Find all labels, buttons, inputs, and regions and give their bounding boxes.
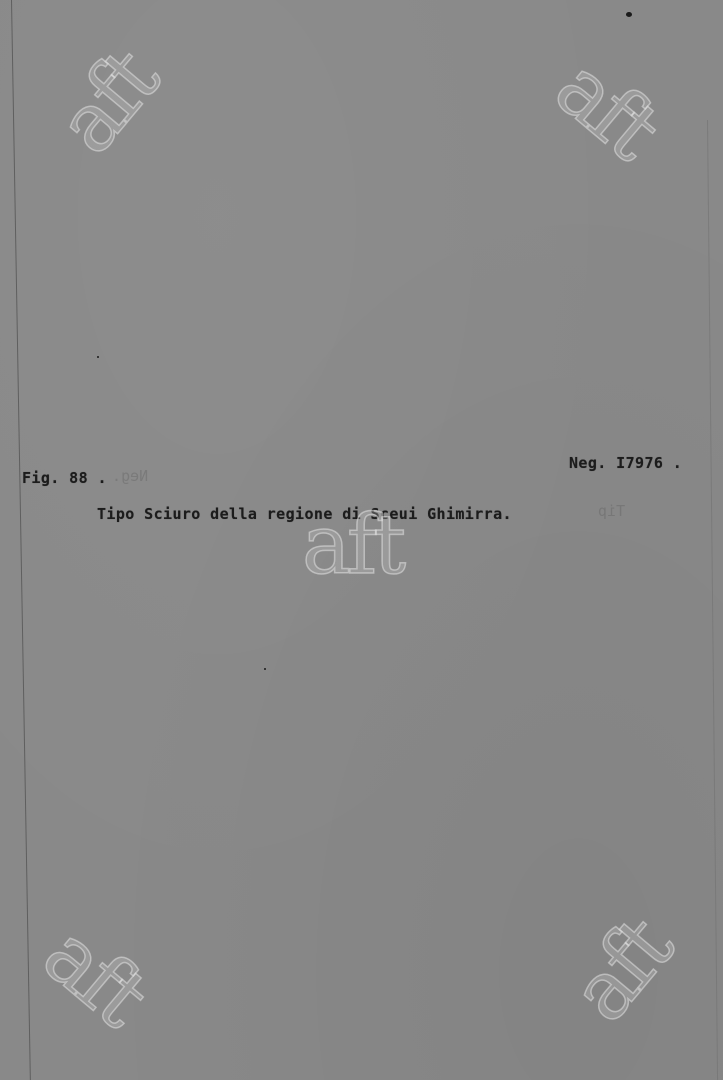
card-right-edge-line [707,120,718,1080]
ink-speck [97,356,99,358]
bleed-through-text: Neg. [112,467,148,485]
caption-text: Tipo Sciuro della regione di Sceui Ghimi… [97,505,512,523]
ink-speck [264,668,266,670]
negative-number: Neg. I7976 . [569,454,682,472]
watermark-top-right: aft [541,45,670,172]
card-left-edge-line [11,0,31,1080]
watermark-bottom-left: aft [29,912,158,1039]
ink-speck [626,12,632,17]
bleed-through-text: Tip [598,502,625,520]
figure-label: Fig. 88 . [22,469,107,487]
watermark-top-left: aft [44,38,171,167]
watermark-bottom-right: aft [558,906,685,1035]
